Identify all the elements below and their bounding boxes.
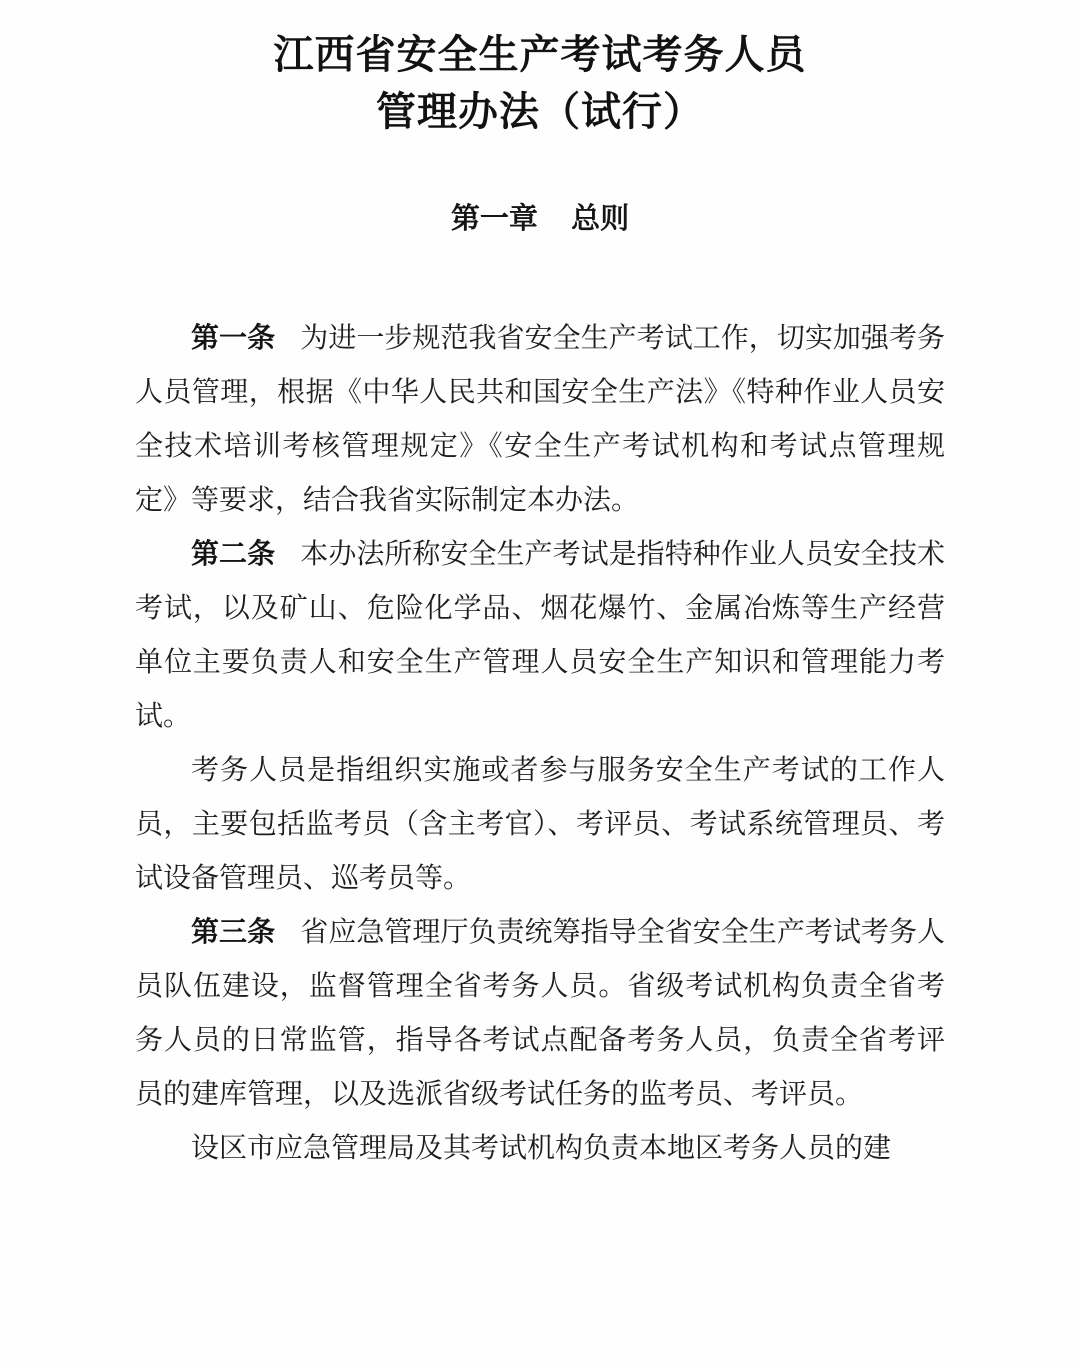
paragraph: 第二条本办法所称安全生产考试是指特种作业人员安全技术考试，以及矿山、危险化学品、… bbox=[135, 528, 945, 744]
document-page: 江西省安全生产考试考务人员 管理办法（试行） 第一章总则 第一条为进一步规范我省… bbox=[0, 0, 1080, 1362]
document-title-line-2: 管理办法（试行） bbox=[0, 83, 1080, 140]
article-label: 第一条 bbox=[191, 323, 275, 354]
paragraph-text: 考务人员是指组织实施或者参与服务安全生产考试的工作人员，主要包括监考员（含主考官… bbox=[135, 755, 945, 894]
document-title: 江西省安全生产考试考务人员 管理办法（试行） bbox=[0, 26, 1080, 140]
paragraph: 考务人员是指组织实施或者参与服务安全生产考试的工作人员，主要包括监考员（含主考官… bbox=[135, 744, 945, 906]
paragraph-text: 设区市应急管理局及其考试机构负责本地区考务人员的建 bbox=[191, 1133, 891, 1164]
document-body: 第一条为进一步规范我省安全生产考试工作，切实加强考务人员管理，根据《中华人民共和… bbox=[135, 312, 945, 1176]
paragraph: 第三条省应急管理厅负责统筹指导全省安全生产考试考务人员队伍建设，监督管理全省考务… bbox=[135, 906, 945, 1122]
chapter-heading: 第一章总则 bbox=[0, 200, 1080, 238]
article-label: 第二条 bbox=[191, 539, 275, 570]
chapter-title: 总则 bbox=[571, 203, 629, 235]
document-title-line-1: 江西省安全生产考试考务人员 bbox=[0, 26, 1080, 83]
chapter-number: 第一章 bbox=[451, 203, 538, 235]
article-label: 第三条 bbox=[191, 917, 275, 948]
paragraph: 第一条为进一步规范我省安全生产考试工作，切实加强考务人员管理，根据《中华人民共和… bbox=[135, 312, 945, 528]
paragraph: 设区市应急管理局及其考试机构负责本地区考务人员的建 bbox=[135, 1122, 945, 1176]
